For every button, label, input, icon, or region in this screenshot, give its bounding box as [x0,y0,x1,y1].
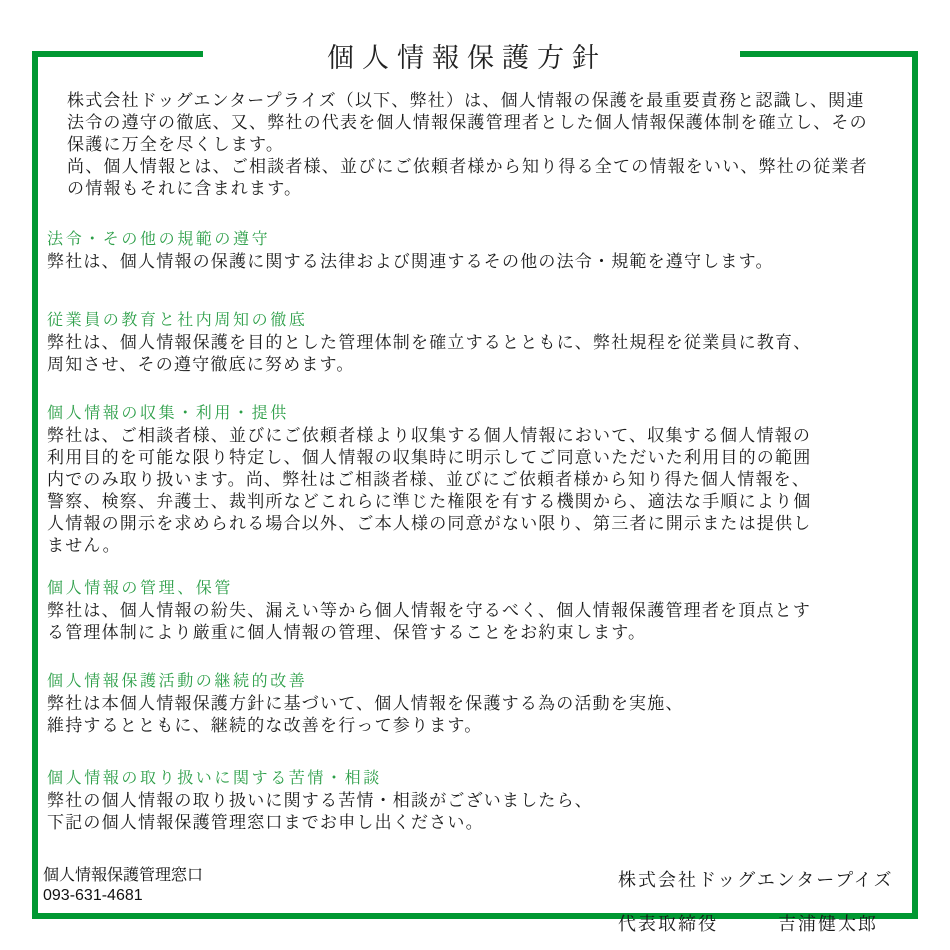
company-name: 株式会社ドッグエンタープイズ [618,870,894,892]
signature-block: 株式会社ドッグエンタープイズ 代表取締役 吉浦健太郎 [618,848,894,950]
section-complaints-consultation: 個人情報の取り扱いに関する苦情・相談 弊社の個人情報の取り扱いに関する苦情・相談… [47,766,593,834]
section-heading: 個人情報の管理、保管 [47,576,811,600]
section-heading: 個人情報保護活動の継続的改善 [47,669,684,693]
section-management-storage: 個人情報の管理、保管 弊社は、個人情報の紛失、漏えい等から個人情報を守るべく、個… [47,576,811,644]
contact-phone: 093-631-4681 [43,886,203,906]
section-continuous-improvement: 個人情報保護活動の継続的改善 弊社は本個人情報保護方針に基づいて、個人情報を保護… [47,669,684,737]
section-heading: 個人情報の収集・利用・提供 [47,401,811,425]
section-heading: 従業員の教育と社内周知の徹底 [47,308,811,332]
frame-top-right-bar [740,51,918,57]
section-legal-compliance: 法令・その他の規範の遵守 弊社は、個人情報の保護に関する法律および関連するその他… [47,227,774,273]
section-body: 弊社の個人情報の取り扱いに関する苦情・相談がございましたら、 下記の個人情報保護… [47,790,593,834]
section-body: 弊社は、個人情報保護を目的とした管理体制を確立するとともに、弊社規程を従業員に教… [47,332,811,376]
section-collection-use-provision: 個人情報の収集・利用・提供 弊社は、ご相談者様、並びにご依頼者様より収集する個人… [47,401,811,557]
privacy-policy-page: 個人情報保護方針 株式会社ドッグエンタープライズ（以下、弊社）は、個人情報の保護… [0,0,950,950]
page-title: 個人情報保護方針 [327,45,607,72]
frame-top-left-bar [32,51,203,57]
frame-left-bar [32,51,38,919]
section-body: 弊社は、個人情報の紛失、漏えい等から個人情報を守るべく、個人情報保護管理者を頂点… [47,600,811,644]
contact-office-label: 個人情報保護管理窓口 [43,866,203,886]
section-body: 弊社は、ご相談者様、並びにご依頼者様より収集する個人情報において、収集する個人情… [47,425,811,557]
section-heading: 個人情報の取り扱いに関する苦情・相談 [47,766,593,790]
section-body: 弊社は本個人情報保護方針に基づいて、個人情報を保護する為の活動を実施、 維持する… [47,693,684,737]
section-employee-education: 従業員の教育と社内周知の徹底 弊社は、個人情報保護を目的とした管理体制を確立する… [47,308,811,376]
contact-block: 個人情報保護管理窓口 093-631-4681 [43,866,203,906]
section-body: 弊社は、個人情報の保護に関する法律および関連するその他の法令・規範を遵守します。 [47,251,774,273]
representative-name: 代表取締役 吉浦健太郎 [618,914,894,936]
section-heading: 法令・その他の規範の遵守 [47,227,774,251]
frame-right-bar [912,51,918,919]
intro-paragraph: 株式会社ドッグエンタープライズ（以下、弊社）は、個人情報の保護を最重要責務と認識… [67,90,868,200]
